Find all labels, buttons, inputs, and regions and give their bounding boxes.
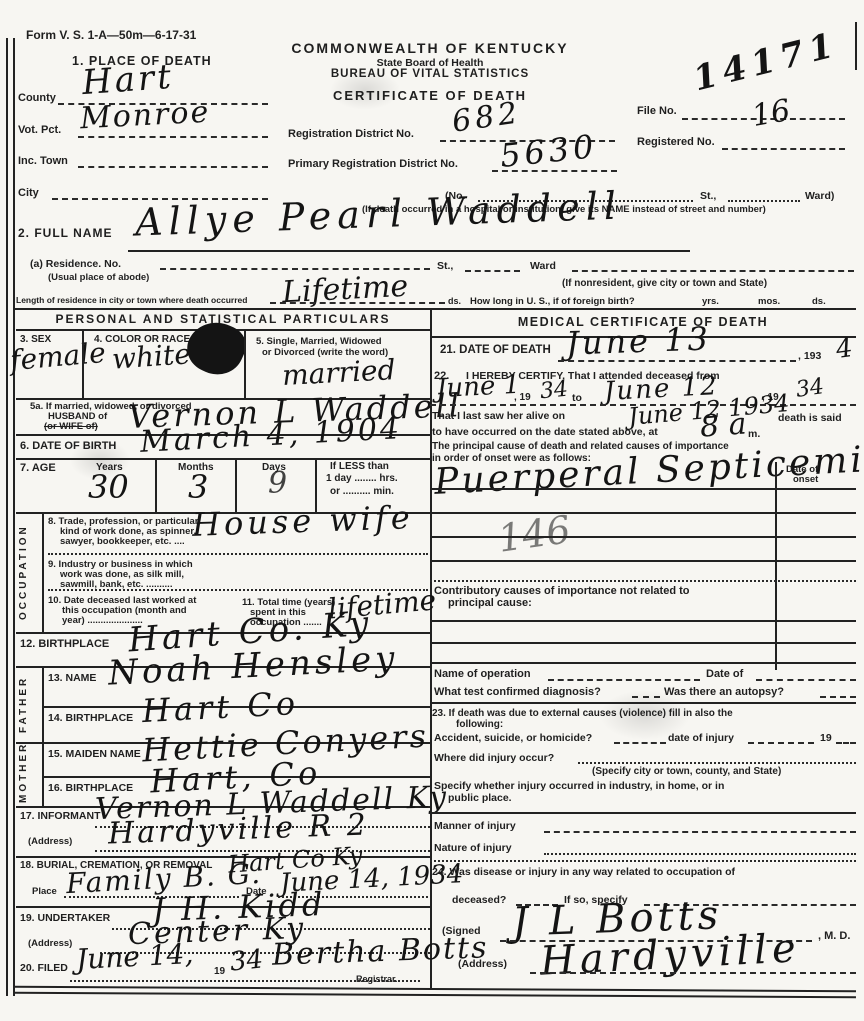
mother-side-label: MOTHER (18, 745, 29, 803)
residence-st-label: St., (437, 260, 453, 272)
informant-label: 17. INFORMANT (20, 810, 101, 822)
mother-side-divider (42, 742, 44, 806)
dod-year-printed: , 193 (798, 350, 821, 362)
physician-address-line (530, 972, 856, 974)
onset-code-scrawl: 146 (495, 507, 573, 561)
father-bp-label: 14. BIRTHPLACE (48, 712, 133, 724)
length-residence-line (270, 302, 445, 304)
days-value: 9 (268, 466, 287, 501)
injury-date-label: date of injury (668, 732, 734, 744)
abode-note: (Usual place of abode) (48, 272, 149, 283)
to-word: to (572, 392, 582, 404)
nature-injury-label: Nature of injury (434, 842, 512, 854)
onset-column-divider (775, 462, 777, 670)
howlong-label: How long in U. S., if of foreign birth? (470, 296, 635, 307)
full-name-label: 2. FULL NAME (18, 226, 112, 240)
death-certificate-page: Form V. S. 1-A—50m—6-17-31 1. PLACE OF D… (0, 0, 864, 1021)
signed-label: (Signed (442, 925, 481, 937)
injury-date-line (748, 742, 814, 744)
ds-label: ds. (812, 296, 826, 307)
informant-address-label: (Address) (28, 836, 72, 847)
primary-reg-label: Primary Registration District No. (288, 158, 458, 170)
occurred-time-value: 8 a (699, 406, 748, 444)
father-side-label: FATHER (18, 670, 29, 738)
father-name-label: 13. NAME (48, 672, 96, 684)
commonwealth-title: COMMONWEALTH OF KENTUCKY (280, 40, 580, 56)
residence-ward-line (572, 270, 854, 272)
less-than-1: If LESS than (330, 461, 389, 472)
full-name-line (128, 250, 690, 252)
father-bp-value: Hart Co (141, 684, 300, 730)
accident-line (614, 742, 666, 744)
dod-year-value: 4 (834, 333, 855, 365)
residence-label: (a) Residence. No. (30, 258, 121, 270)
m-suffix: m. (748, 428, 760, 440)
death-said-text: death is said (778, 412, 842, 424)
inc-town-label: Inc. Town (18, 155, 68, 167)
to-year-value: 34 (794, 374, 825, 403)
married-to-label-3: (or WIFE of) (44, 421, 98, 432)
dod-label: 21. DATE OF DEATH (440, 344, 551, 356)
county-label: County (18, 92, 56, 104)
age-div-1 (155, 458, 157, 512)
right-edge-mark (855, 22, 857, 70)
trade-label-3: sawyer, bookkeeper, etc. .... (60, 536, 185, 547)
primary-reg-line (492, 170, 617, 172)
filed-year-printed: 19 (214, 966, 225, 977)
registered-no-label: Registered No. (637, 136, 715, 148)
race-value: white (111, 337, 192, 375)
years-value: 30 (88, 468, 129, 506)
marital-value: married (281, 353, 396, 392)
birthplace-label: 12. BIRTHPLACE (20, 638, 109, 650)
occurred-label: to have occurred on the date stated abov… (432, 426, 658, 438)
undertaker-address-label: (Address) (28, 938, 72, 949)
contributory-label-1: Contributory causes of importance not re… (434, 585, 689, 597)
specify-label-1: Specify whether injury occurred in indus… (434, 780, 724, 792)
st-line (728, 200, 800, 202)
form-number: Form V. S. 1-A—50m—6-17-31 (26, 28, 196, 42)
registrar-label: Registrar. (356, 974, 398, 984)
registered-no-value: 16 (749, 93, 793, 134)
autopsy-bottom-line (430, 702, 856, 704)
onset-label-2: onset (793, 474, 818, 485)
length-residence-value: Lifetime (281, 269, 409, 311)
age-label: 7. AGE (20, 462, 56, 474)
from-year-value: 34 (539, 377, 569, 405)
filed-year-value: 34 (229, 944, 265, 977)
year19-a: , 19 (514, 392, 531, 403)
precinct-label: Vot. Pct. (18, 124, 61, 136)
race-marital-divider (244, 331, 246, 398)
inc-town-line (78, 166, 268, 168)
operation-date-label: Date of (706, 668, 743, 680)
cause-line-4 (430, 560, 856, 562)
injury-19-line (836, 742, 856, 744)
test-line (632, 696, 660, 698)
yrs-label: yrs. (702, 296, 719, 307)
operation-line (548, 679, 700, 681)
residence-st-line (465, 270, 520, 272)
cause-line-1 (430, 488, 856, 490)
contributory-line-1 (430, 620, 856, 622)
trade-line (48, 553, 428, 555)
occupation-side-label: OCCUPATION (18, 516, 29, 628)
q24-label: 24. Was disease or injury in any way rel… (432, 866, 735, 878)
length-residence-label: Length of residence in city or town wher… (16, 295, 247, 305)
operation-date-line (756, 679, 856, 681)
father-side-divider (42, 666, 44, 742)
mother-name-label: 15. MAIDEN NAME (48, 748, 141, 760)
last-saw-label: That I last saw her alive on (432, 410, 565, 422)
columns-top-line (14, 308, 856, 310)
precinct-value: Monroe (79, 95, 211, 137)
marital-label-1: 5. Single, Married, Widowed (256, 336, 382, 347)
specify-bottom-line (430, 812, 856, 814)
less-than-3: or .......... min. (330, 486, 394, 497)
contributory-label-2: principal cause: (448, 597, 532, 609)
cause-line-3 (430, 536, 856, 538)
nature-bottom-line (430, 860, 856, 862)
reg-district-label: Registration District No. (288, 128, 414, 140)
city-label: City (18, 187, 39, 199)
left-double-border (6, 38, 15, 996)
full-name-value: Allye Pearl Waddell (134, 184, 622, 245)
manner-injury-line (544, 831, 856, 833)
dob-row-line (16, 458, 430, 460)
test-label: What test confirmed diagnosis? (434, 686, 601, 698)
dod-value: June 13 (565, 319, 711, 362)
file-no-value: 14171 (689, 25, 843, 100)
operation-label: Name of operation (434, 668, 531, 680)
sex-value: female (9, 336, 107, 377)
physician-address-label: (Address) (458, 958, 507, 970)
md-suffix: , M. D. (818, 930, 850, 942)
less-than-2: 1 day ........ hrs. (326, 473, 398, 484)
manner-injury-label: Manner of injury (434, 820, 516, 832)
undertaker-label: 19. UNDERTAKER (20, 912, 110, 924)
certificate-title: CERTIFICATE OF DEATH (280, 88, 580, 103)
burial-place-label: Place (32, 886, 57, 897)
autopsy-line (820, 696, 856, 698)
residence-ward-label: Ward (530, 260, 556, 272)
file-no-label: File No. (637, 105, 677, 117)
cause-line-2 (430, 512, 856, 514)
nature-injury-line (544, 853, 856, 855)
dod-line (558, 360, 796, 362)
mos-label: mos. (758, 296, 780, 307)
bottom-double-border (14, 986, 856, 998)
nonresident-note: (If nonresident, give city or town and S… (562, 278, 767, 289)
occupation-side-divider (42, 512, 44, 632)
specify-label-2: public place. (448, 792, 512, 804)
accident-label: Accident, suicide, or homicide? (434, 732, 592, 744)
bureau-subtitle: BUREAU OF VITAL STATISTICS (280, 68, 580, 80)
certify-from-value: June 1 (435, 370, 521, 404)
ward-label: Ward) (805, 190, 834, 202)
months-value: 3 (188, 468, 208, 506)
cause-line-5 (430, 580, 856, 582)
autopsy-label: Was there an autopsy? (664, 686, 784, 698)
contributory-line-3 (430, 662, 856, 664)
sex-race-divider (82, 331, 84, 398)
q23-label-1: 23. If death was due to external causes … (432, 708, 733, 719)
registered-no-line (722, 148, 845, 150)
ds-suffix: ds. (448, 296, 461, 306)
precinct-line (78, 136, 268, 138)
filed-date-value: June 14, (75, 937, 194, 976)
st-label: St., (700, 190, 716, 202)
where-injury-line (578, 762, 856, 764)
dob-label: 6. DATE OF BIRTH (20, 440, 116, 452)
injury-19-label: 19 (820, 732, 832, 744)
where-injury-label: Where did injury occur? (434, 752, 554, 764)
trade-value: House wife (191, 498, 414, 544)
contributory-line-2 (430, 642, 856, 644)
informant-bottom-line (16, 856, 430, 858)
filed-label: 20. FILED (20, 962, 68, 974)
deceased-label: deceased? (452, 894, 506, 906)
q23-label-2: following: (456, 719, 503, 730)
primary-reg-value: 5630 (498, 127, 599, 175)
where-injury-note: (Specify city or town, county, and State… (592, 766, 781, 777)
